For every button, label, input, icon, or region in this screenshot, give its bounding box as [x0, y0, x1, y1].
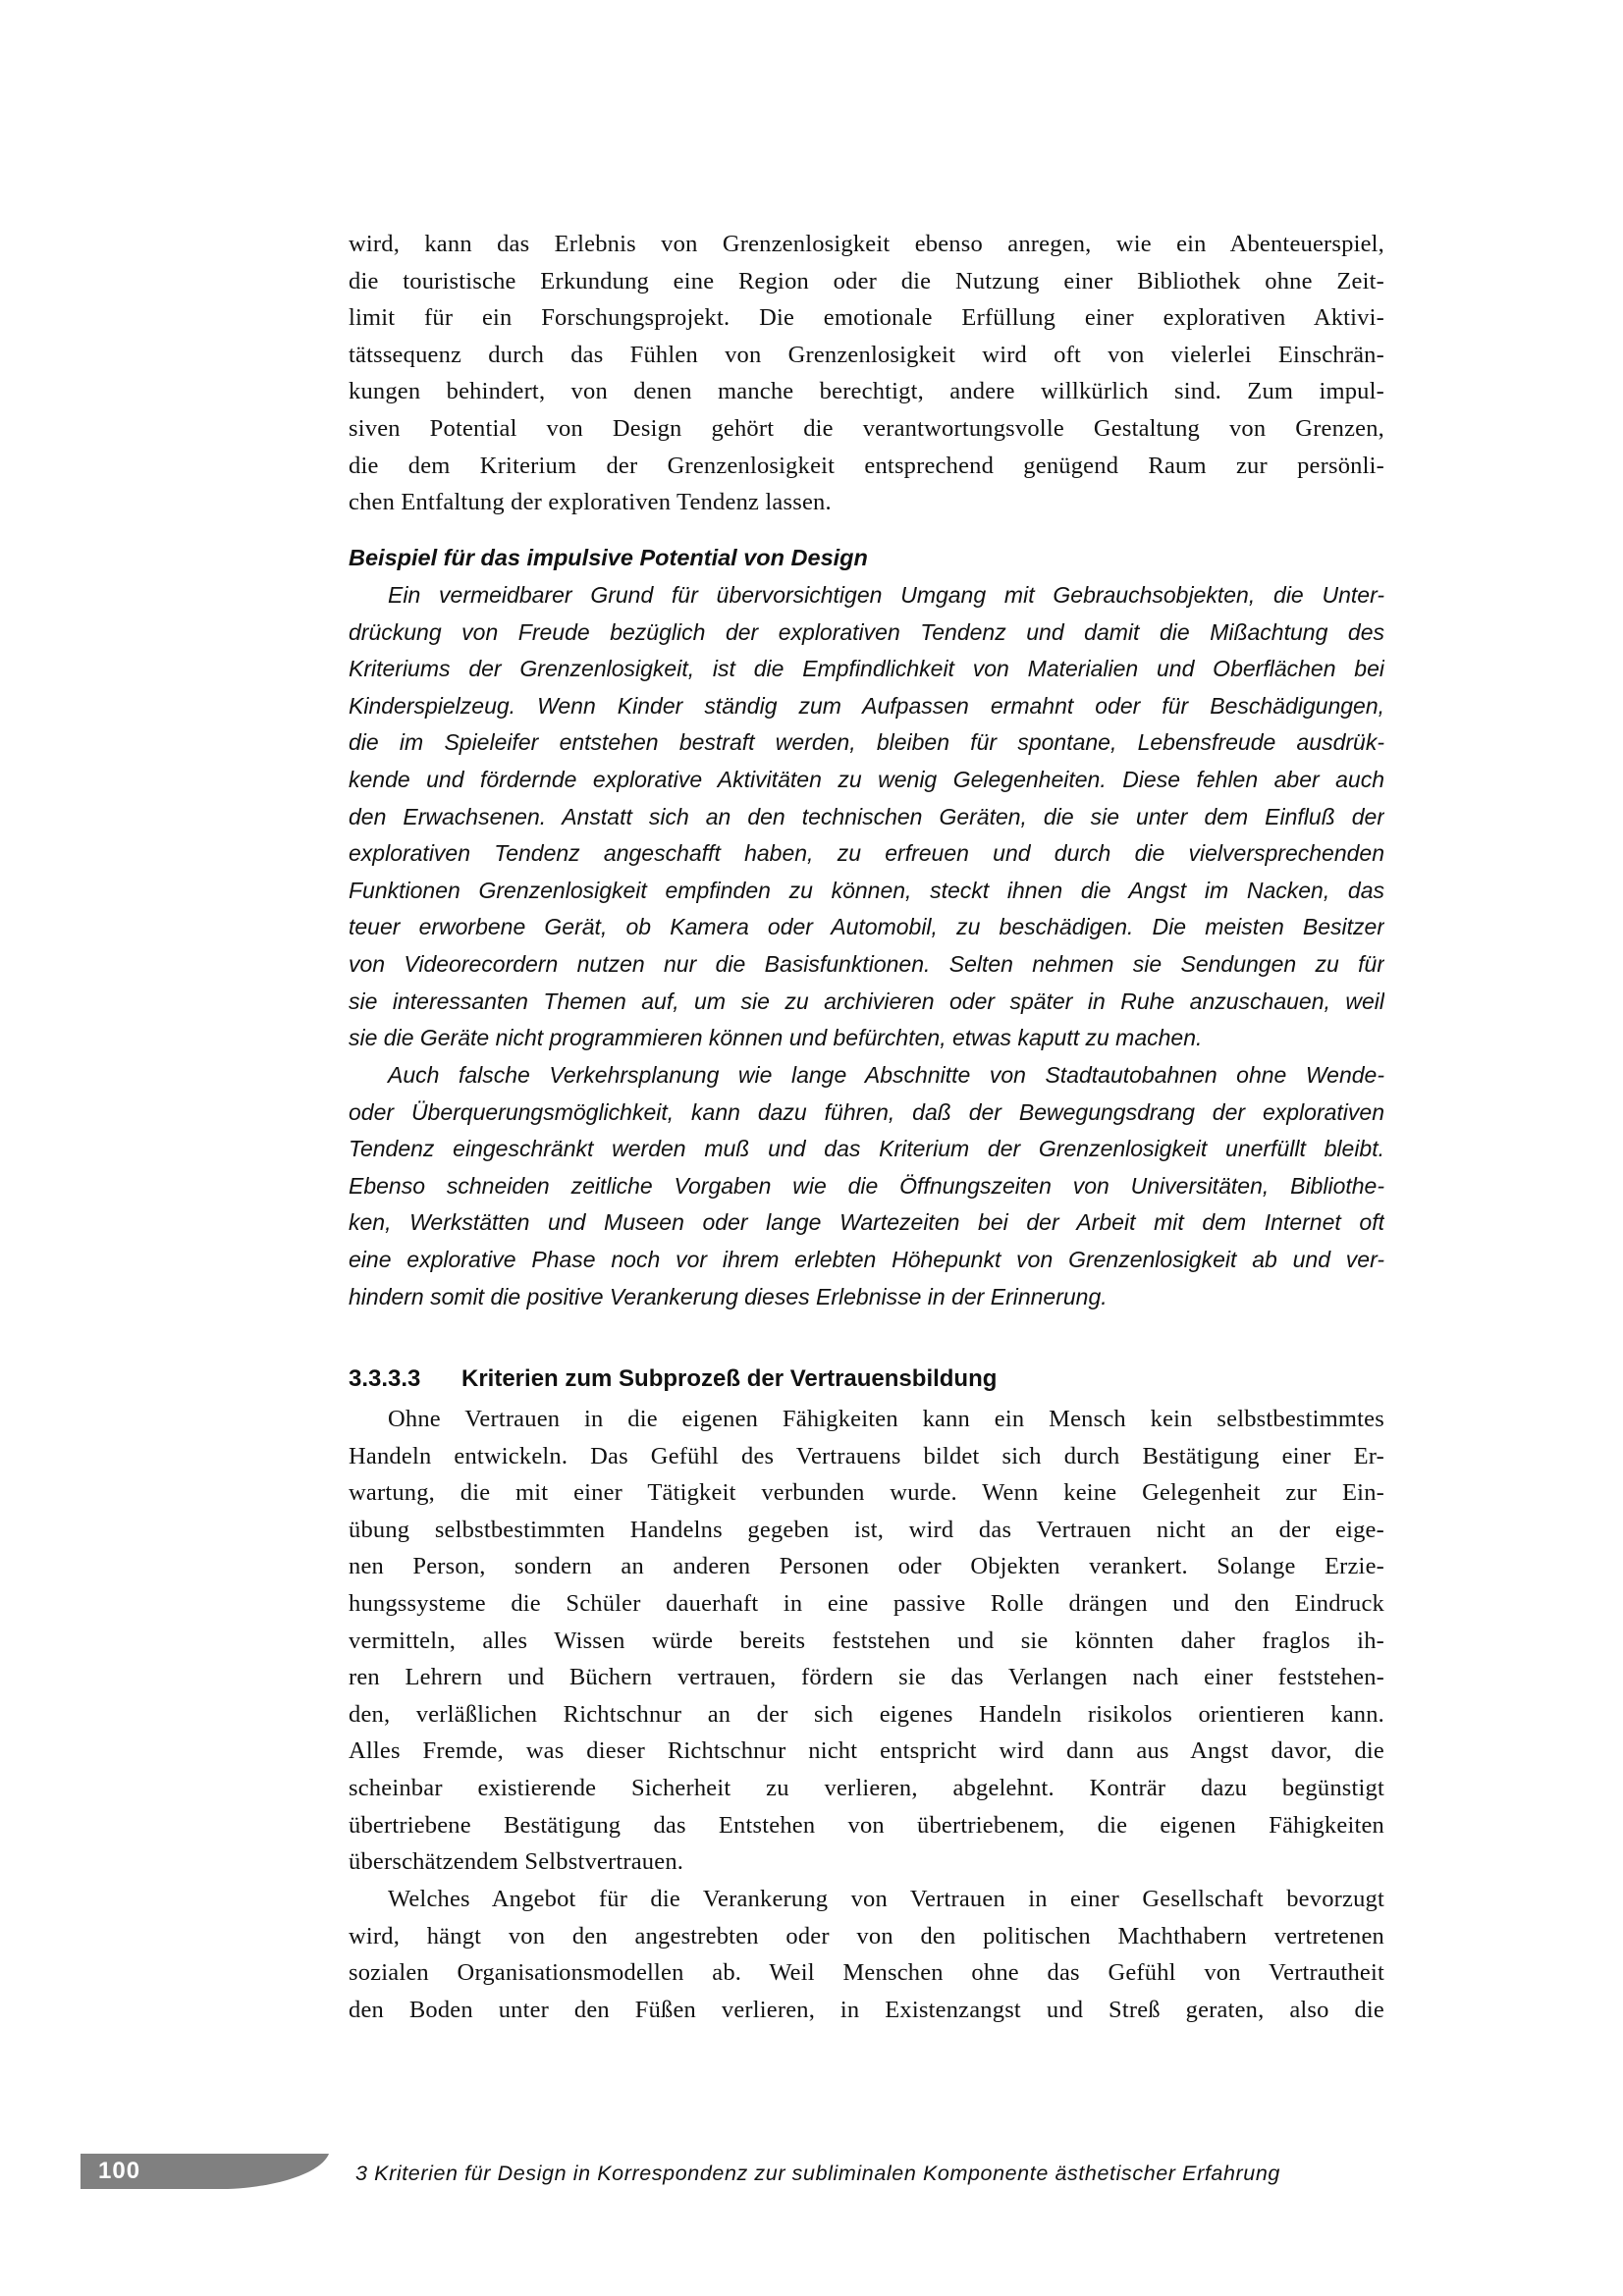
text-line: oder Überquerungsmöglichkeit, kann dazu …: [349, 1095, 1384, 1132]
text-line: die dem Kriterium der Grenzenlosigkeit e…: [349, 448, 1384, 485]
text-line: überschätzendem Selbstvertrauen.: [349, 1843, 1384, 1881]
text-line: sie interessanten Themen auf, um sie zu …: [349, 984, 1384, 1021]
text-line: sozialen Organisationsmodellen ab. Weil …: [349, 1954, 1384, 1992]
example-paragraph-2: Auch falsche Verkehrsplanung wie lange A…: [349, 1057, 1384, 1315]
text-line: drückung von Freude bezüglich der explor…: [349, 614, 1384, 652]
text-line: eine explorative Phase noch vor ihrem er…: [349, 1242, 1384, 1279]
text-line: scheinbar existierende Sicherheit zu ver…: [349, 1770, 1384, 1807]
text-line: siven Potential von Design gehört die ve…: [349, 410, 1384, 448]
section-number: 3.3.3.3: [349, 1359, 461, 1400]
text-line: hungssysteme die Schüler dauerhaft in ei…: [349, 1585, 1384, 1623]
text-line: Ebenso schneiden zeitliche Vorgaben wie …: [349, 1168, 1384, 1205]
text-line: Ein vermeidbarer Grund für übervorsichti…: [349, 577, 1384, 614]
section-paragraph-2: Welches Angebot für die Verankerung von …: [349, 1881, 1384, 2028]
section-title: Kriterien zum Subprozeß der Vertrauensbi…: [461, 1365, 997, 1392]
text-line: limit für ein Forschungsprojekt. Die emo…: [349, 299, 1384, 337]
text-line: ken, Werkstätten und Museen oder lange W…: [349, 1204, 1384, 1242]
intro-paragraph: wird, kann das Erlebnis von Grenzenlosig…: [349, 226, 1384, 521]
text-line: sie die Geräte nicht programmieren könne…: [349, 1020, 1384, 1057]
text-line: wird, hängt von den angestrebten oder vo…: [349, 1918, 1384, 1955]
text-line: teuer erworbene Gerät, ob Kamera oder Au…: [349, 909, 1384, 946]
text-line: die touristische Erkundung eine Region o…: [349, 263, 1384, 300]
text-line: tätssequenz durch das Fühlen von Grenzen…: [349, 337, 1384, 374]
text-line: die im Spieleifer entstehen bestraft wer…: [349, 724, 1384, 762]
text-line: Funktionen Grenzenlosigkeit empfinden zu…: [349, 873, 1384, 910]
text-line: Ohne Vertrauen in die eigenen Fähigkeite…: [349, 1401, 1384, 1438]
text-line: Tendenz eingeschränkt werden muß und das…: [349, 1131, 1384, 1168]
text-line: nen Person, sondern an anderen Personen …: [349, 1548, 1384, 1585]
text-line: wartung, die mit einer Tätigkeit verbund…: [349, 1474, 1384, 1512]
section-heading: 3.3.3.3Kriterien zum Subprozeß der Vertr…: [349, 1359, 1384, 1400]
text-line: Kinderspielzeug. Wenn Kinder ständig zum…: [349, 688, 1384, 725]
text-line: Alles Fremde, was dieser Richtschnur nic…: [349, 1733, 1384, 1770]
text-line: Auch falsche Verkehrsplanung wie lange A…: [349, 1057, 1384, 1095]
text-line: den Boden unter den Füßen verlieren, in …: [349, 1992, 1384, 2029]
text-line: Welches Angebot für die Verankerung von …: [349, 1881, 1384, 1918]
text-line: übertriebene Bestätigung das Entstehen v…: [349, 1807, 1384, 1844]
text-line: den, verläßlichen Richtschnur an der sic…: [349, 1696, 1384, 1734]
text-line: vermitteln, alles Wissen würde bereits f…: [349, 1623, 1384, 1660]
example-paragraph-1: Ein vermeidbarer Grund für übervorsichti…: [349, 577, 1384, 1057]
text-line: explorativen Tendenz angeschafft haben, …: [349, 835, 1384, 873]
text-line: kende und fördernde explorative Aktivitä…: [349, 762, 1384, 799]
running-title: 3 Kriterien für Design in Korrespondenz …: [355, 2156, 1280, 2191]
text-line: von Videorecordern nutzen nur die Basisf…: [349, 946, 1384, 984]
section-paragraph-1: Ohne Vertrauen in die eigenen Fähigkeite…: [349, 1401, 1384, 1881]
text-line: kungen behindert, von denen manche berec…: [349, 373, 1384, 410]
text-line: übung selbstbestimmten Handelns gegeben …: [349, 1512, 1384, 1549]
text-line: Kriteriums der Grenzenlosigkeit, ist die…: [349, 651, 1384, 688]
text-line: Handeln entwickeln. Das Gefühl des Vertr…: [349, 1438, 1384, 1475]
text-line: chen Entfaltung der explorativen Tendenz…: [349, 484, 1384, 521]
text-line: wird, kann das Erlebnis von Grenzenlosig…: [349, 226, 1384, 263]
text-line: hindern somit die positive Verankerung d…: [349, 1279, 1384, 1316]
text-line: ren Lehrern und Büchern vertrauen, förde…: [349, 1659, 1384, 1696]
text-line: den Erwachsenen. Anstatt sich an den tec…: [349, 799, 1384, 836]
example-heading: Beispiel für das impulsive Potential von…: [349, 538, 1384, 577]
page-number: 100: [98, 2154, 140, 2189]
